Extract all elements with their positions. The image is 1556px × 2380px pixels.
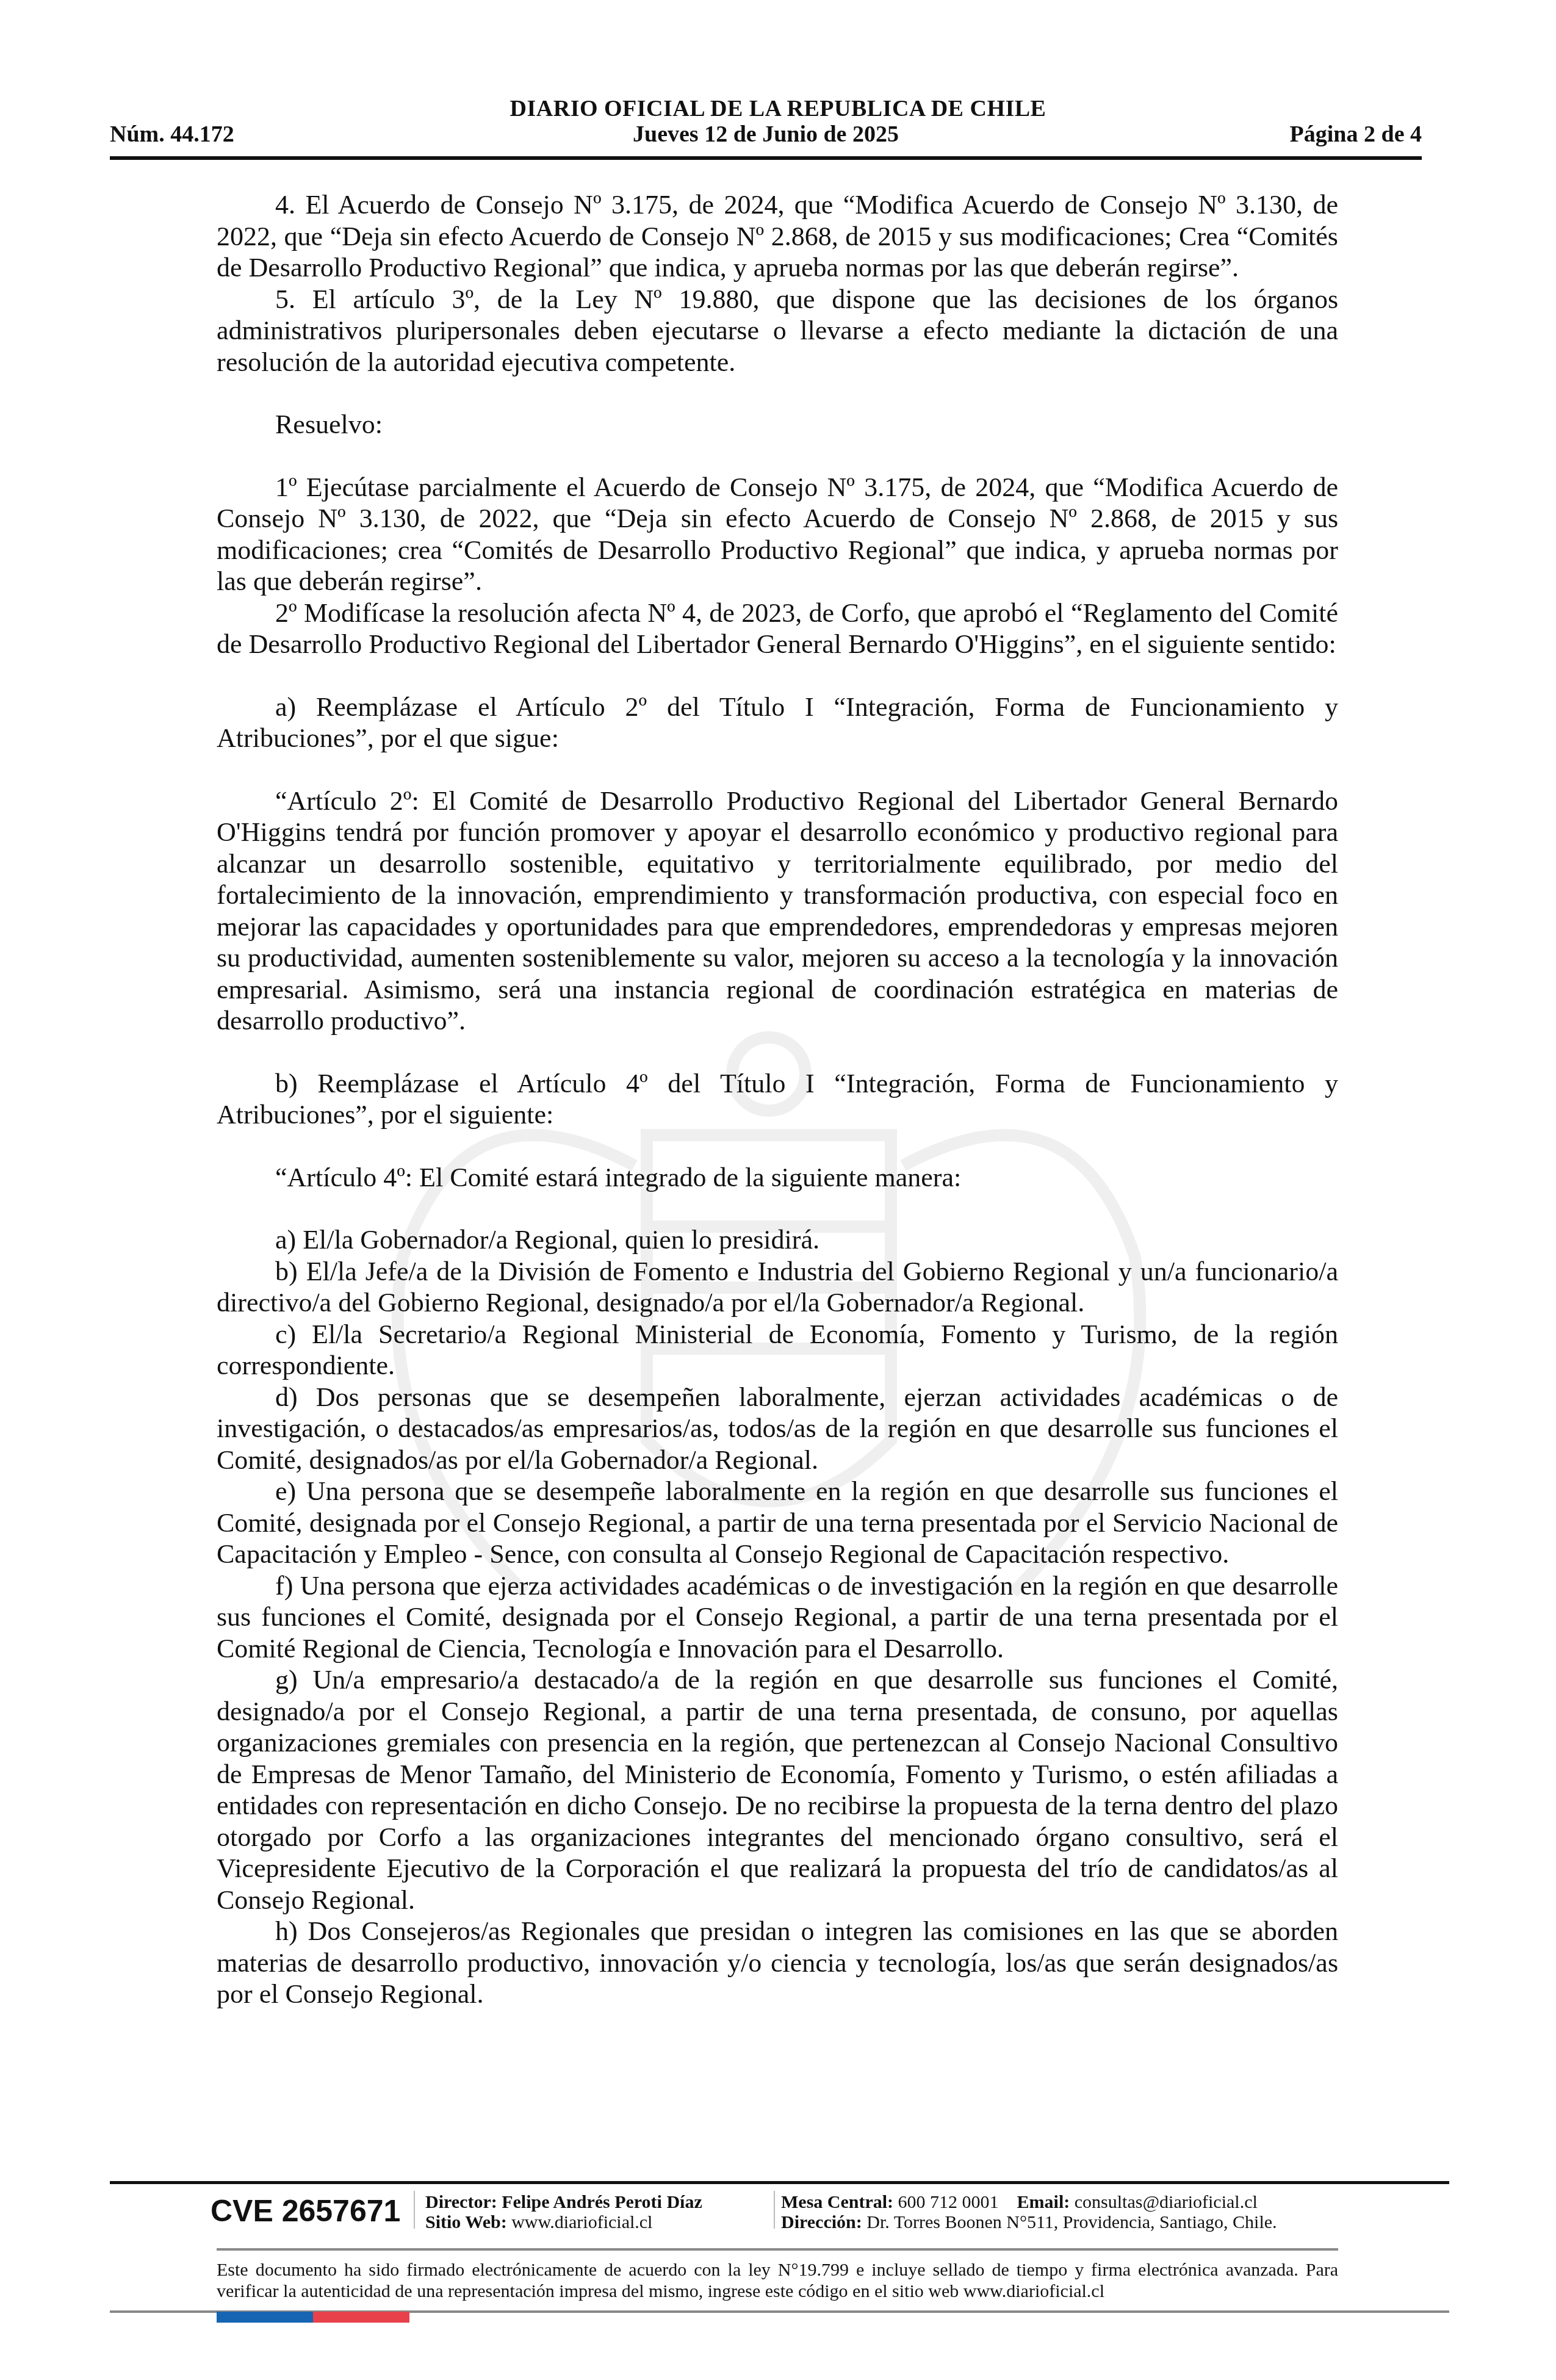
phone-label: Mesa Central:: [781, 2192, 893, 2212]
address-label: Dirección:: [781, 2212, 862, 2232]
footer-separator: [414, 2191, 415, 2229]
address-value: Dr. Torres Boonen N°511, Providencia, Sa…: [866, 2212, 1277, 2232]
director-name: Felipe Andrés Peroti Díaz: [502, 2192, 702, 2212]
phone-number: 600 712 0001: [898, 2192, 999, 2212]
gazette-title: DIARIO OFICIAL DE LA REPUBLICA DE CHILE: [0, 95, 1556, 122]
footer-contact-block: Mesa Central: 600 712 0001 Email: consul…: [781, 2192, 1277, 2232]
article-2-text: “Artículo 2º: El Comité de Desarrollo Pr…: [217, 785, 1338, 1037]
flag-red-segment: [313, 2312, 409, 2323]
director-label: Director:: [425, 2192, 497, 2212]
issue-date: Jueves 12 de Junio de 2025: [110, 121, 1422, 148]
legal-notice: Este documento ha sido firmado electróni…: [217, 2259, 1338, 2302]
member-item-h: h) Dos Consejeros/as Regionales que pres…: [217, 1916, 1338, 2010]
member-item-a: a) El/la Gobernador/a Regional, quien lo…: [217, 1224, 1338, 1256]
member-item-e: e) Una persona que se desempeñe laboralm…: [217, 1476, 1338, 1570]
resuelvo-heading: Resuelvo:: [217, 409, 1338, 441]
member-item-f: f) Una persona que ejerza actividades ac…: [217, 1570, 1338, 1665]
document-body: 4. El Acuerdo de Consejo Nº 3.175, de 20…: [217, 189, 1338, 2010]
resolution-1: 1º Ejecútase parcialmente el Acuerdo de …: [217, 472, 1338, 597]
member-item-d: d) Dos personas que se desempeñen labora…: [217, 1382, 1338, 1476]
website-label: Sitio Web:: [425, 2212, 507, 2232]
email-label: Email:: [1017, 2192, 1070, 2212]
flag-blue-segment: [217, 2312, 313, 2323]
footer-separator: [774, 2191, 775, 2229]
considerando-5: 5. El artículo 3º, de la Ley Nº 19.880, …: [217, 284, 1338, 378]
chile-flag-bar: [217, 2312, 409, 2323]
cve-code: CVE 2657671: [211, 2190, 400, 2232]
page-indicator: Página 2 de 4: [1290, 121, 1422, 148]
member-item-c: c) El/la Secretario/a Regional Ministeri…: [217, 1319, 1338, 1382]
article-4-intro: “Artículo 4º: El Comité estará integrado…: [217, 1162, 1338, 1194]
considerando-4: 4. El Acuerdo de Consejo Nº 3.175, de 20…: [217, 189, 1338, 284]
footer-divider: [110, 2181, 1449, 2184]
email-link[interactable]: consultas@diarioficial.cl: [1075, 2192, 1258, 2212]
resolution-2: 2º Modifícase la resolución afecta Nº 4,…: [217, 597, 1338, 660]
footer-inner-divider: [217, 2248, 1338, 2251]
footer-director-block: Director: Felipe Andrés Peroti Díaz Siti…: [425, 2192, 702, 2232]
member-item-g: g) Un/a empresario/a destacado/a de la r…: [217, 1664, 1338, 1916]
website-link[interactable]: www.diarioficial.cl: [511, 2212, 652, 2232]
header-row: Núm. 44.172 Jueves 12 de Junio de 2025 P…: [110, 121, 1422, 149]
header-divider: [110, 156, 1422, 160]
amendment-a: a) Reemplázase el Artículo 2º del Título…: [217, 691, 1338, 754]
amendment-b: b) Reemplázase el Artículo 4º del Título…: [217, 1068, 1338, 1131]
member-item-b: b) El/la Jefe/a de la División de Foment…: [217, 1256, 1338, 1319]
